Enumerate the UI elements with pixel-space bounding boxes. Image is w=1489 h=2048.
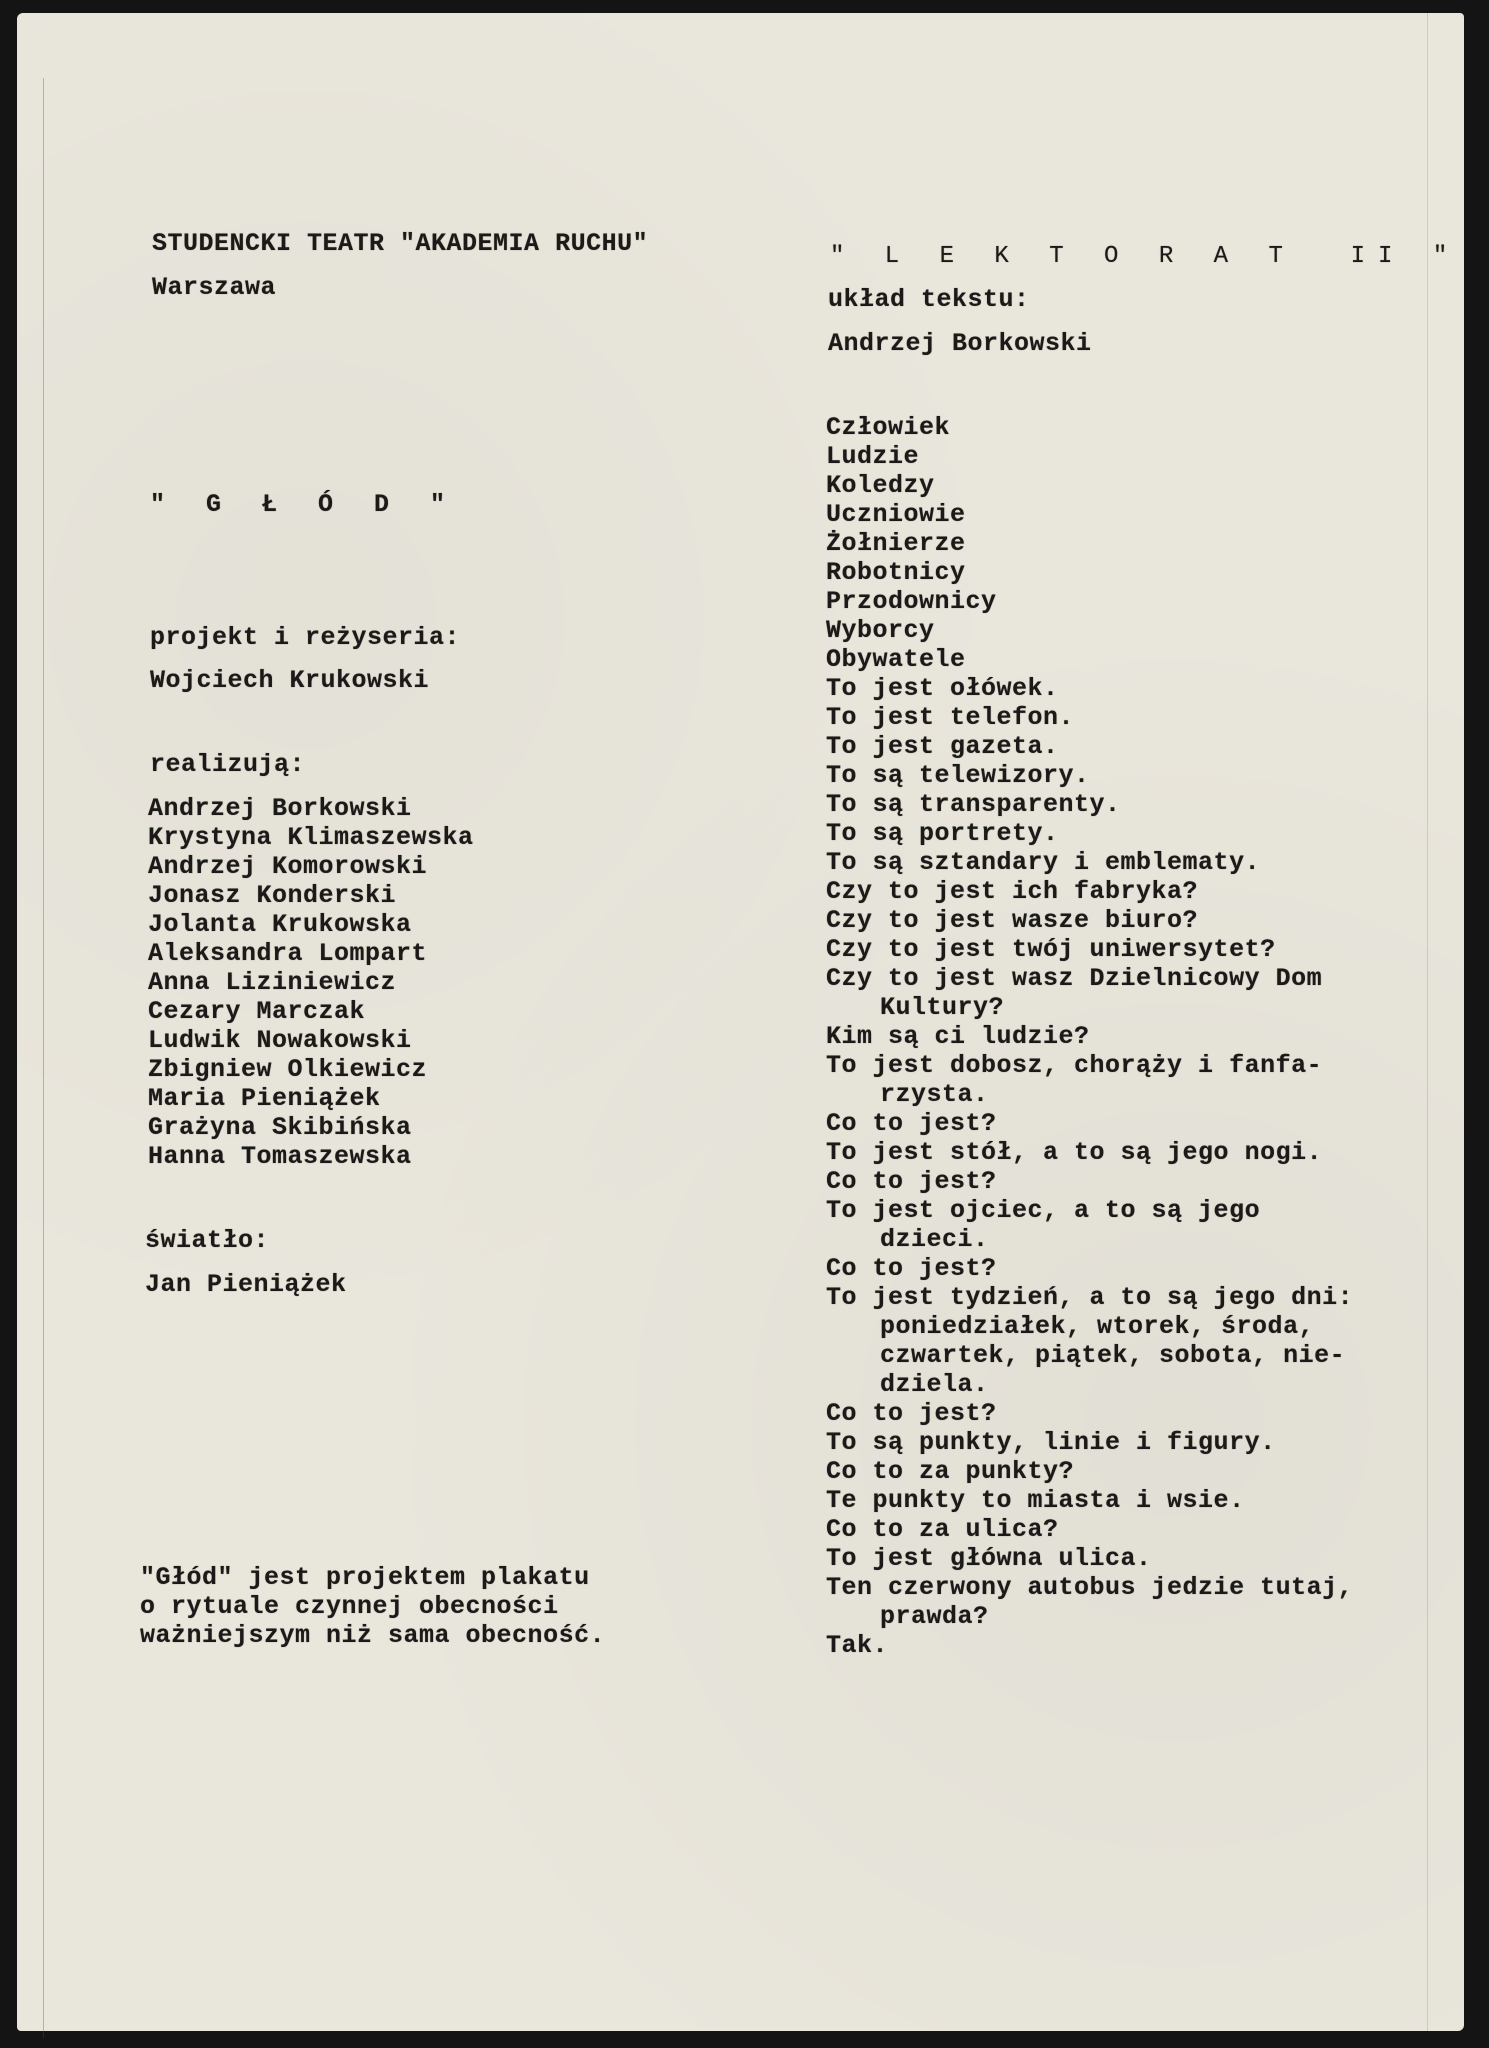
- margin-line: [43, 78, 44, 2038]
- text-line: Co to jest?: [826, 1109, 1353, 1138]
- cast-label: realizują:: [150, 750, 305, 779]
- text-line: To jest tydzień, a to są jego dni:: [826, 1283, 1353, 1312]
- text-line-continued: rzysta.: [826, 1080, 1353, 1109]
- text-line: Człowiek: [826, 413, 1353, 442]
- cast-member: Grażyna Skibińska: [148, 1113, 474, 1142]
- text-line: To jest telefon.: [826, 703, 1353, 732]
- direction-label: projekt i reżyseria:: [150, 623, 460, 652]
- text-line-continued: dziela.: [826, 1370, 1353, 1399]
- text-line: Czy to jest wasz Dzielnicowy Dom: [826, 964, 1353, 993]
- city: Warszawa: [152, 273, 276, 302]
- cast-member: Hanna Tomaszewska: [148, 1142, 474, 1171]
- text-line: To jest gazeta.: [826, 732, 1353, 761]
- lektorat-text: Człowiek Ludzie Koledzy Uczniowie Żołnie…: [826, 413, 1353, 1660]
- cast-member: Andrzej Komorowski: [148, 852, 474, 881]
- description-note: "Głód" jest projektem plakatu o rytuale …: [140, 1563, 605, 1650]
- text-line: Tak.: [826, 1631, 1353, 1660]
- light-person: Jan Pieniążek: [145, 1270, 347, 1299]
- note-line: o rytuale czynnej obecności: [140, 1592, 605, 1621]
- text-layout-label: układ tekstu:: [828, 285, 1030, 314]
- text-line: To jest ojciec, a to są jego: [826, 1196, 1353, 1225]
- text-line-continued: prawda?: [826, 1602, 1353, 1631]
- text-line: Co to za punkty?: [826, 1457, 1353, 1486]
- cast-list: Andrzej Borkowski Krystyna Klimaszewska …: [148, 794, 474, 1171]
- text-line: Te punkty to miasta i wsie.: [826, 1486, 1353, 1515]
- text-line: Ludzie: [826, 442, 1353, 471]
- cast-member: Maria Pieniążek: [148, 1084, 474, 1113]
- cast-member: Anna Liziniewicz: [148, 968, 474, 997]
- text-line: To jest stół, a to są jego nogi.: [826, 1138, 1353, 1167]
- text-line: To są sztandary i emblematy.: [826, 848, 1353, 877]
- cast-member: Zbigniew Olkiewicz: [148, 1055, 474, 1084]
- cast-member: Ludwik Nowakowski: [148, 1026, 474, 1055]
- text-line: Czy to jest wasze biuro?: [826, 906, 1353, 935]
- director-name: Wojciech Krukowski: [150, 666, 429, 695]
- text-line: To są transparenty.: [826, 790, 1353, 819]
- text-line: To są portrety.: [826, 819, 1353, 848]
- text-line: Robotnicy: [826, 558, 1353, 587]
- text-line: Kim są ci ludzie?: [826, 1022, 1353, 1051]
- text-line: Czy to jest ich fabryka?: [826, 877, 1353, 906]
- text-line: To jest ołówek.: [826, 674, 1353, 703]
- play-title-glod: " G Ł Ó D ": [150, 490, 458, 519]
- text-line: Przodownicy: [826, 587, 1353, 616]
- text-line: Żołnierze: [826, 529, 1353, 558]
- text-line: Co to jest?: [826, 1167, 1353, 1196]
- cast-member: Aleksandra Lompart: [148, 939, 474, 968]
- cast-member: Krystyna Klimaszewska: [148, 823, 474, 852]
- text-line: Co to za ulica?: [826, 1515, 1353, 1544]
- cast-member: Andrzej Borkowski: [148, 794, 474, 823]
- text-line: Uczniowie: [826, 500, 1353, 529]
- note-line: "Głód" jest projektem plakatu: [140, 1563, 605, 1592]
- text-line-continued: czwartek, piątek, sobota, nie-: [826, 1341, 1353, 1370]
- cast-member: Cezary Marczak: [148, 997, 474, 1026]
- text-line: Czy to jest twój uniwersytet?: [826, 935, 1353, 964]
- cast-member: Jolanta Krukowska: [148, 910, 474, 939]
- text-line-continued: Kultury?: [826, 993, 1353, 1022]
- text-line-continued: poniedziałek, wtorek, środa,: [826, 1312, 1353, 1341]
- text-line: Obywatele: [826, 645, 1353, 674]
- play-title-lektorat: " L E K T O R A T II ": [830, 242, 1460, 271]
- text-line: To są telewizory.: [826, 761, 1353, 790]
- theater-name: STUDENCKI TEATR "AKADEMIA RUCHU": [152, 229, 648, 258]
- text-layout-author: Andrzej Borkowski: [828, 329, 1092, 358]
- text-line: Co to jest?: [826, 1399, 1353, 1428]
- text-line-continued: dzieci.: [826, 1225, 1353, 1254]
- fold-line: [1427, 13, 1428, 2031]
- cast-member: Jonasz Konderski: [148, 881, 474, 910]
- text-line: To jest dobosz, chorąży i fanfa-: [826, 1051, 1353, 1080]
- note-line: ważniejszym niż sama obecność.: [140, 1621, 605, 1650]
- text-line: Co to jest?: [826, 1254, 1353, 1283]
- text-line: Wyborcy: [826, 616, 1353, 645]
- text-line: Ten czerwony autobus jedzie tutaj,: [826, 1573, 1353, 1602]
- text-line: To są punkty, linie i figury.: [826, 1428, 1353, 1457]
- text-line: Koledzy: [826, 471, 1353, 500]
- light-label: światło:: [145, 1226, 269, 1255]
- text-line: To jest główna ulica.: [826, 1544, 1353, 1573]
